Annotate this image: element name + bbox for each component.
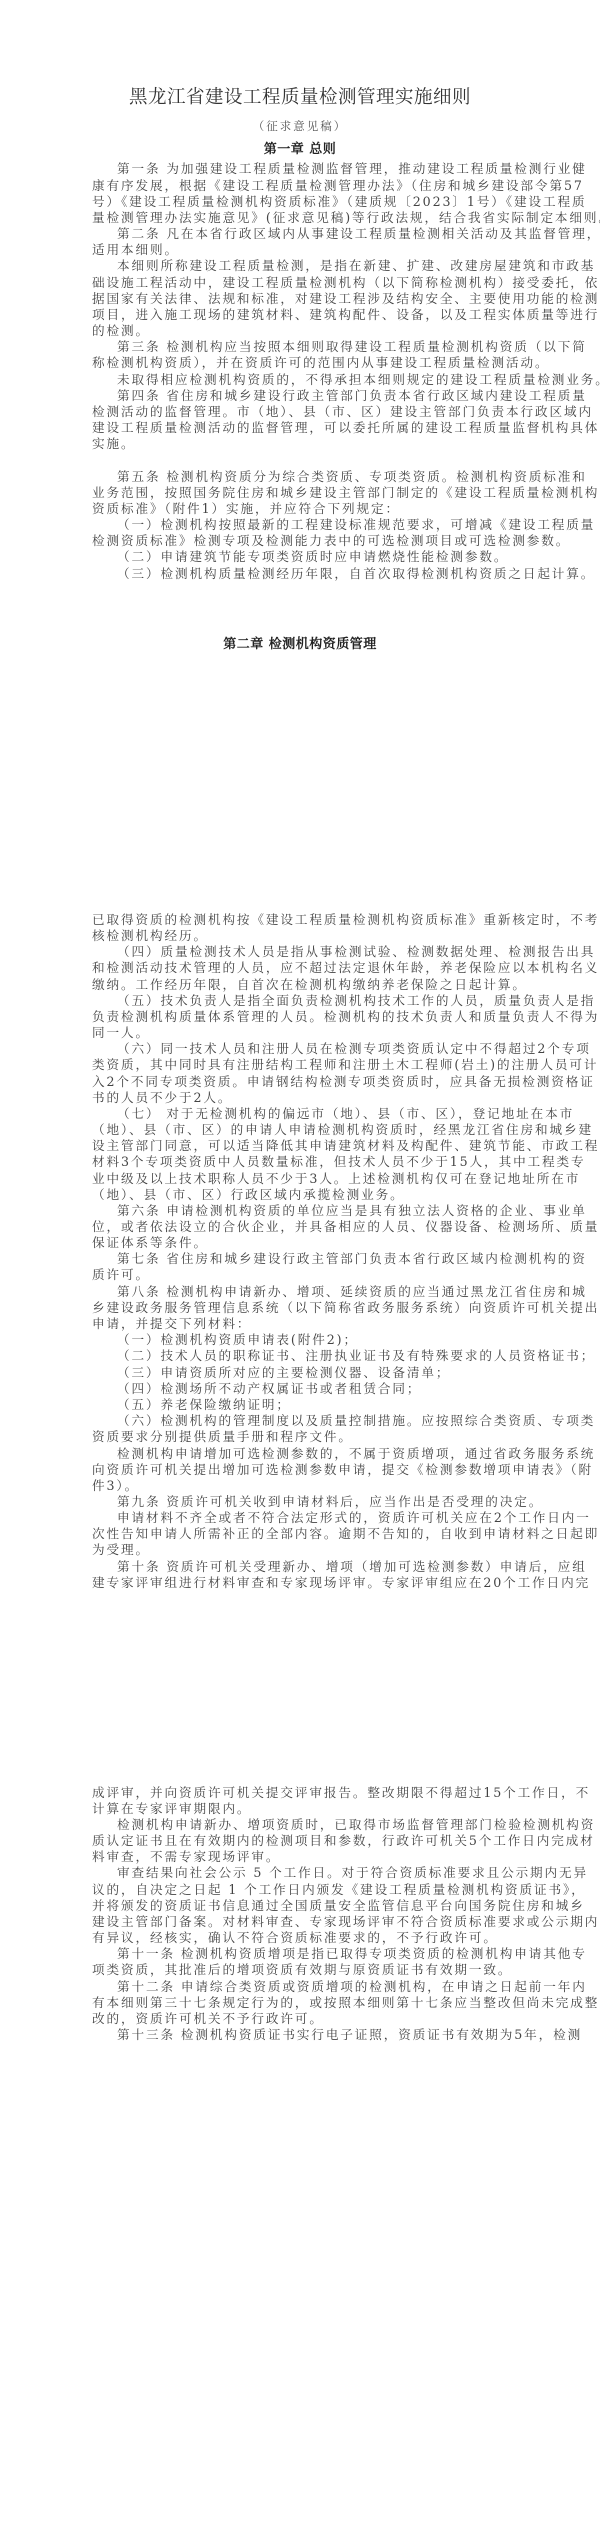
paragraph-line: 第十二条 申请综合类资质或资质增项的检测机构，在申请之日起前一年内 xyxy=(117,1979,537,1995)
paragraph-line: 申请，并提交下列材料： xyxy=(92,1316,512,1332)
paragraph-line: 第四条 省住房和城乡建设行政主管部门负责本省行政区域内建设工程质量 xyxy=(117,388,537,404)
paragraph-line: 设主管部门同意，可以适当降低其申请建筑材料及构配件、建筑节能、市政工程 xyxy=(92,1138,512,1154)
paragraph-line: 件3）。 xyxy=(92,1478,512,1494)
paragraph-line: 有异议，经核实，确认不符合资质标准要求的，不予行政许可。 xyxy=(92,1930,512,1946)
paragraph-line: 本细则所称建设工程质量检测，是指在新建、扩建、改建房屋建筑和市政基 xyxy=(117,258,537,274)
paragraph-line: 计算在专家评审期限内。 xyxy=(92,1801,512,1817)
paragraph-line: （地）、县（市、区）行政区域内承揽检测业务。 xyxy=(92,1187,512,1203)
paragraph-line: 的检测。 xyxy=(92,323,512,339)
paragraph-line: 建设工程质量检测活动的监督管理，可以委托所属的建设工程质量监督机构具体 xyxy=(92,420,512,436)
paragraph-line: 为受理。 xyxy=(92,1542,512,1558)
paragraph-line: 负责检测机构质量体系管理的人员。检测机构的技术负责人和质量负责人不得为 xyxy=(92,1009,512,1025)
paragraph-line: 成评审，并向资质许可机关提交评审报告。整改期限不得超过15个工作日，不 xyxy=(92,1785,512,1801)
paragraph-line: （五）养老保险缴纳证明； xyxy=(117,1397,537,1413)
paragraph-line: 检测资质标准》检测专项及检测能力表中的可选检测项目或可选检测参数。 xyxy=(92,533,512,549)
paragraph-line: 项目，进入施工现场的建筑材料、建筑构配件、设备，以及工程实体质量等进行 xyxy=(92,307,512,323)
paragraph-line: 检测机构申请增加可选检测参数的，不属于资质增项，通过省政务服务系统 xyxy=(117,1446,537,1462)
paragraph-line: 建设主管部门备案。对材料审查、专家现场评审不符合资质标准要求或公示期内 xyxy=(92,1914,512,1930)
paragraph-line: 业务范围，按照国务院住房和城乡建设主管部门制定的《建设工程质量检测机构 xyxy=(92,485,512,501)
paragraph-line: 称检测机构资质），并在资质许可的范围内从事建设工程质量检测活动。 xyxy=(92,355,512,371)
paragraph-line: 并将颁发的资质证书信息通过全国质量安全监管信息平台向国务院住房和城乡 xyxy=(92,1898,512,1914)
paragraph-line: 类资质，其中同时具有注册结构工程师和注册土木工程师(岩土)的注册人员可计 xyxy=(92,1057,512,1073)
chapter-heading-2: 第二章 检测机构资质管理 xyxy=(0,636,600,654)
paragraph-line: 第十条 资质许可机关受理新办、增项（增加可选检测参数）申请后，应组 xyxy=(117,1559,537,1575)
paragraph-line: 第七条 省住房和城乡建设行政主管部门负责本省行政区域内检测机构的资 xyxy=(117,1251,537,1267)
paragraph-line: 缴纳。工作经历年限，自首次在检测机构缴纳养老保险之日起计算。 xyxy=(92,977,512,993)
paragraph-line: 资质标准》（附件1）实施，并应符合下列规定： xyxy=(92,501,512,517)
paragraph-line: 议的，自决定之日起 1 个工作日内颁发《建设工程质量检测机构资质证书》， xyxy=(92,1882,512,1898)
paragraph-line: （二）申请建筑节能专项类资质时应申请燃烧性能检测参数。 xyxy=(117,549,537,565)
paragraph-line: （六）同一技术人员和注册人员在检测专项类资质认定中不得超过2个专项 xyxy=(117,1041,537,1057)
paragraph-line: 向资质许可机关提出增加可选检测参数申请，提交《检测参数增项申请表》（附 xyxy=(92,1462,512,1478)
paragraph-line: 已取得资质的检测机构按《建设工程质量检测机构资质标准》重新核定时，不考 xyxy=(92,912,512,928)
paragraph-line: 书的人员不少于2人。 xyxy=(92,1090,512,1106)
paragraph-line: （四）检测场所不动产权属证书或者租赁合同； xyxy=(117,1381,537,1397)
paragraph-line: 第十一条 检测机构资质增项是指已取得专项类资质的检测机构申请其他专 xyxy=(117,1946,537,1962)
paragraph-line: 改的，资质许可机关不予行政许可。 xyxy=(92,2011,512,2027)
paragraph-line: （七） 对于无检测机构的偏远市（地）、县（市、区），登记地址在本市 xyxy=(117,1106,537,1122)
paragraph-line: 第三条 检测机构应当按照本细则取得建设工程质量检测机构资质（以下简 xyxy=(117,339,537,355)
paragraph-line: 项类资质，其批准后的增项资质有效期与原资质证书有效期一致。 xyxy=(92,1962,512,1978)
paragraph-line: （一）检测机构资质申请表(附件2)； xyxy=(117,1332,537,1348)
paragraph-line: 第一条 为加强建设工程质量检测监督管理，推动建设工程质量检测行业健 xyxy=(117,161,537,177)
paragraph-line: 审查结果向社会公示 5 个工作日。对于符合资质标准要求且公示期内无异 xyxy=(117,1865,537,1881)
paragraph-line: 位，或者依法设立的合伙企业，并具备相应的人员、仪器设备、检测场所、质量 xyxy=(92,1219,512,1235)
paragraph-line: 第六条 申请检测机构资质的单位应当是具有独立法人资格的企业、事业单 xyxy=(117,1203,537,1219)
paragraph-line: 质许可。 xyxy=(92,1267,512,1283)
paragraph-line: 同一人。 xyxy=(92,1025,512,1041)
paragraph-line: 未取得相应检测机构资质的，不得承担本细则规定的建设工程质量检测业务。 xyxy=(117,372,537,388)
paragraph-line: 适用本细则。 xyxy=(92,242,512,258)
paragraph-line: 础设施工程活动中，建设工程质量检测机构（以下简称检测机构）接受委托，依 xyxy=(92,275,512,291)
paragraph-line: （五）技术负责人是指全面负责检测机构技术工作的人员，质量负责人是指 xyxy=(117,993,537,1009)
paragraph-line: 入2个不同专项类资质。申请钢结构检测专项类资质时，应具备无损检测资格证 xyxy=(92,1074,512,1090)
paragraph-line: （地）、县（市、区）的申请人申请检测机构资质时，经黑龙江省住房和城乡建 xyxy=(92,1122,512,1138)
paragraph-line: （二）技术人员的职称证书、注册执业证书及有特殊要求的人员资格证书； xyxy=(117,1348,537,1364)
paragraph-line: 核检测机构经历。 xyxy=(92,928,512,944)
paragraph-line: 第九条 资质许可机关收到申请材料后，应当作出是否受理的决定。 xyxy=(117,1494,537,1510)
paragraph-line: （四）质量检测技术人员是指从事检测试验、检测数据处理、检测报告出具 xyxy=(117,944,537,960)
paragraph-line: 实施。 xyxy=(92,436,512,452)
paragraph-line: 申请材料不齐全或者不符合法定形式的，资质许可机关应在2个工作日内一 xyxy=(117,1510,537,1526)
paragraph-line: 据国家有关法律、法规和标准，对建设工程涉及结构安全、主要使用功能的检测 xyxy=(92,291,512,307)
paragraph-line: 检测机构申请新办、增项资质时，已取得市场监督管理部门检验检测机构资 xyxy=(117,1817,537,1833)
paragraph-line: 第五条 检测机构资质分为综合类资质、专项类资质。检测机构资质标准和 xyxy=(117,469,537,485)
paragraph-line: 业中级及以上技术职称人员不少于3人。上述检测机构仅可在登记地址所在市 xyxy=(92,1171,512,1187)
paragraph-line: 有本细则第三十七条规定行为的，或按照本细则第十七条应当整改但尚未完成整 xyxy=(92,1995,512,2011)
paragraph-line: 和检测活动技术管理的人员，应不超过法定退休年龄，养老保险应以本机构名义 xyxy=(92,960,512,976)
paragraph-line: 第二条 凡在本省行政区域内从事建设工程质量检测相关活动及其监督管理， xyxy=(117,226,537,242)
paragraph-line: 资质要求分别提供质量手册和程序文件。 xyxy=(92,1429,512,1445)
chapter-heading-1: 第一章 总则 xyxy=(0,141,600,159)
paragraph-line: 保证体系等条件。 xyxy=(92,1235,512,1251)
paragraph-line: 质认定证书且在有效期内的检测项目和参数，行政许可机关5个工作日内完成材 xyxy=(92,1833,512,1849)
paragraph-line: 检测活动的监督管理。市（地）、县（市、区）建设主管部门负责本行政区域内 xyxy=(92,404,512,420)
paragraph-line: （三）检测机构质量检测经历年限，自首次取得检测机构资质之日起计算。 xyxy=(117,566,537,582)
paragraph-line: （六）检测机构的管理制度以及质量控制措施。应按照综合类资质、专项类 xyxy=(117,1413,537,1429)
paragraph-line: 号）《建设工程质量检测机构资质标准》（建质规〔2023〕1号）《建设工程质 xyxy=(92,194,512,210)
paragraph-line: （三）申请资质所对应的主要检测仪器、设备清单； xyxy=(117,1365,537,1381)
paragraph-line: 次性告知申请人所需补正的全部内容。逾期不告知的，自收到申请材料之日起即 xyxy=(92,1526,512,1542)
paragraph-line: 量检测管理办法实施意见》(征求意见稿)等行政法规，结合我省实际制定本细则。 xyxy=(92,210,512,226)
paragraph-line: 建专家评审组进行材料审查和专家现场评审。专家评审组应在20个工作日内完 xyxy=(92,1575,512,1591)
paragraph-line: 乡建设政务服务管理信息系统（以下简称省政务服务系统）向资质许可机关提出 xyxy=(92,1300,512,1316)
paragraph-line: 料审查，不需专家现场评审。 xyxy=(92,1849,512,1865)
document-subtitle: （征求意见稿） xyxy=(0,118,600,134)
paragraph-line: 第八条 检测机构申请新办、增项、延续资质的应当通过黑龙江省住房和城 xyxy=(117,1284,537,1300)
paragraph-line: （一）检测机构按照最新的工程建设标准规范要求，可增减《建设工程质量 xyxy=(117,517,537,533)
paragraph-line: 材料3个专项类资质中人员数量标准，但技术人员不少于15人，其中工程类专 xyxy=(92,1154,512,1170)
paragraph-line: 第十三条 检测机构资质证书实行电子证照，资质证书有效期为5年，检测 xyxy=(117,2027,537,2043)
document-title: 黑龙江省建设工程质量检测管理实施细则 xyxy=(0,86,600,110)
paragraph-line: 康有序发展，根据《建设工程质量检测管理办法》（住房和城乡建设部令第57 xyxy=(92,178,512,194)
